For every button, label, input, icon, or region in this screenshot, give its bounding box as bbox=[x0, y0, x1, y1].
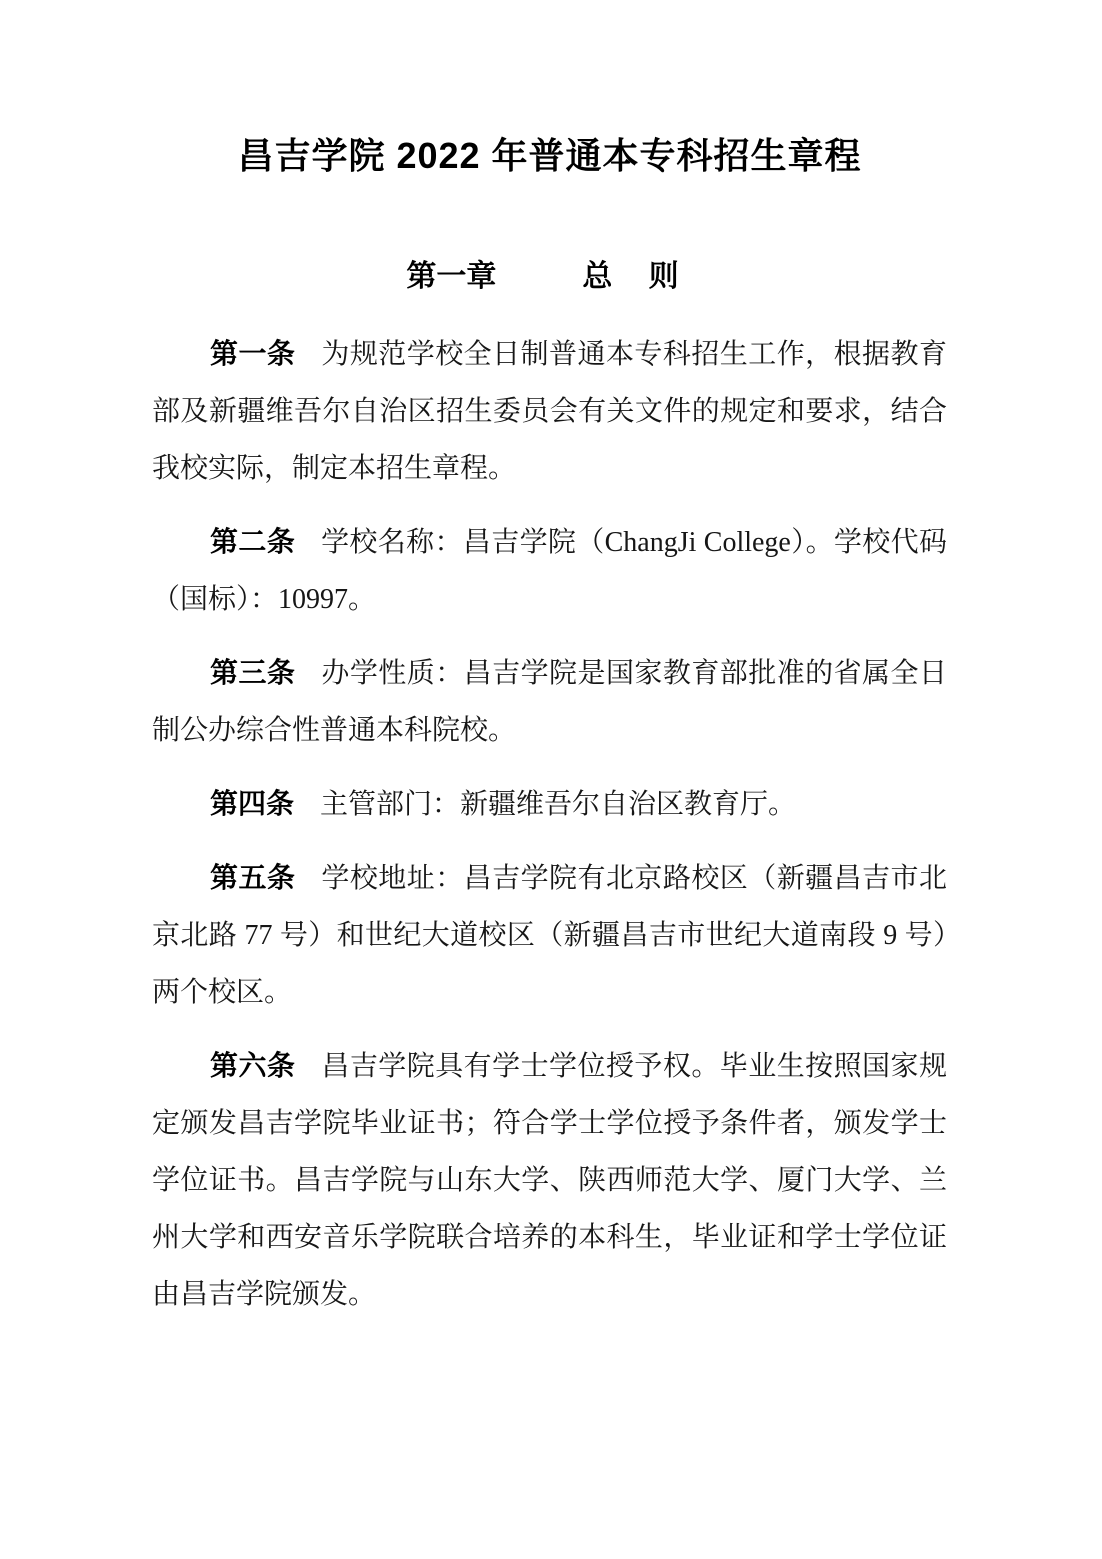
article-paragraph-4: 第四条主管部门：新疆维吾尔自治区教育厅。 bbox=[152, 775, 947, 833]
article-label: 第三条 bbox=[210, 657, 295, 688]
article-paragraph-3: 第三条办学性质：昌吉学院是国家教育部批准的省属全日制公办综合性普通本科院校。 bbox=[152, 644, 947, 759]
chapter-heading: 第一章总 则 bbox=[152, 255, 947, 299]
article-paragraph-2: 第二条学校名称：昌吉学院（ChangJi College）。学校代码（国标）：1… bbox=[152, 513, 947, 628]
document-page: 昌吉学院 2022 年普通本专科招生章程 第一章总 则 第一条为规范学校全日制普… bbox=[0, 0, 1102, 1559]
document-title: 昌吉学院 2022 年普通本专科招生章程 bbox=[152, 130, 947, 182]
article-text: 主管部门：新疆维吾尔自治区教育厅。 bbox=[320, 789, 796, 820]
article-text: 昌吉学院具有学士学位授予权。毕业生按照国家规定颁发昌吉学院毕业证书；符合学士学位… bbox=[152, 1051, 947, 1310]
article-label: 第六条 bbox=[210, 1050, 295, 1081]
article-label: 第五条 bbox=[210, 862, 295, 893]
document-content: 昌吉学院 2022 年普通本专科招生章程 第一章总 则 第一条为规范学校全日制普… bbox=[0, 0, 1102, 1323]
article-label: 第一条 bbox=[210, 338, 295, 369]
article-paragraph-5: 第五条学校地址：昌吉学院有北京路校区（新疆昌吉市北京北路 77 号）和世纪大道校… bbox=[152, 849, 947, 1021]
article-paragraph-1: 第一条为规范学校全日制普通本专科招生工作，根据教育部及新疆维吾尔自治区招生委员会… bbox=[152, 325, 947, 497]
chapter-number: 第一章 bbox=[406, 260, 496, 293]
article-paragraph-6: 第六条昌吉学院具有学士学位授予权。毕业生按照国家规定颁发昌吉学院毕业证书；符合学… bbox=[152, 1037, 947, 1323]
chapter-title: 总 则 bbox=[582, 260, 692, 293]
article-label: 第四条 bbox=[210, 788, 294, 819]
article-label: 第二条 bbox=[210, 526, 295, 557]
